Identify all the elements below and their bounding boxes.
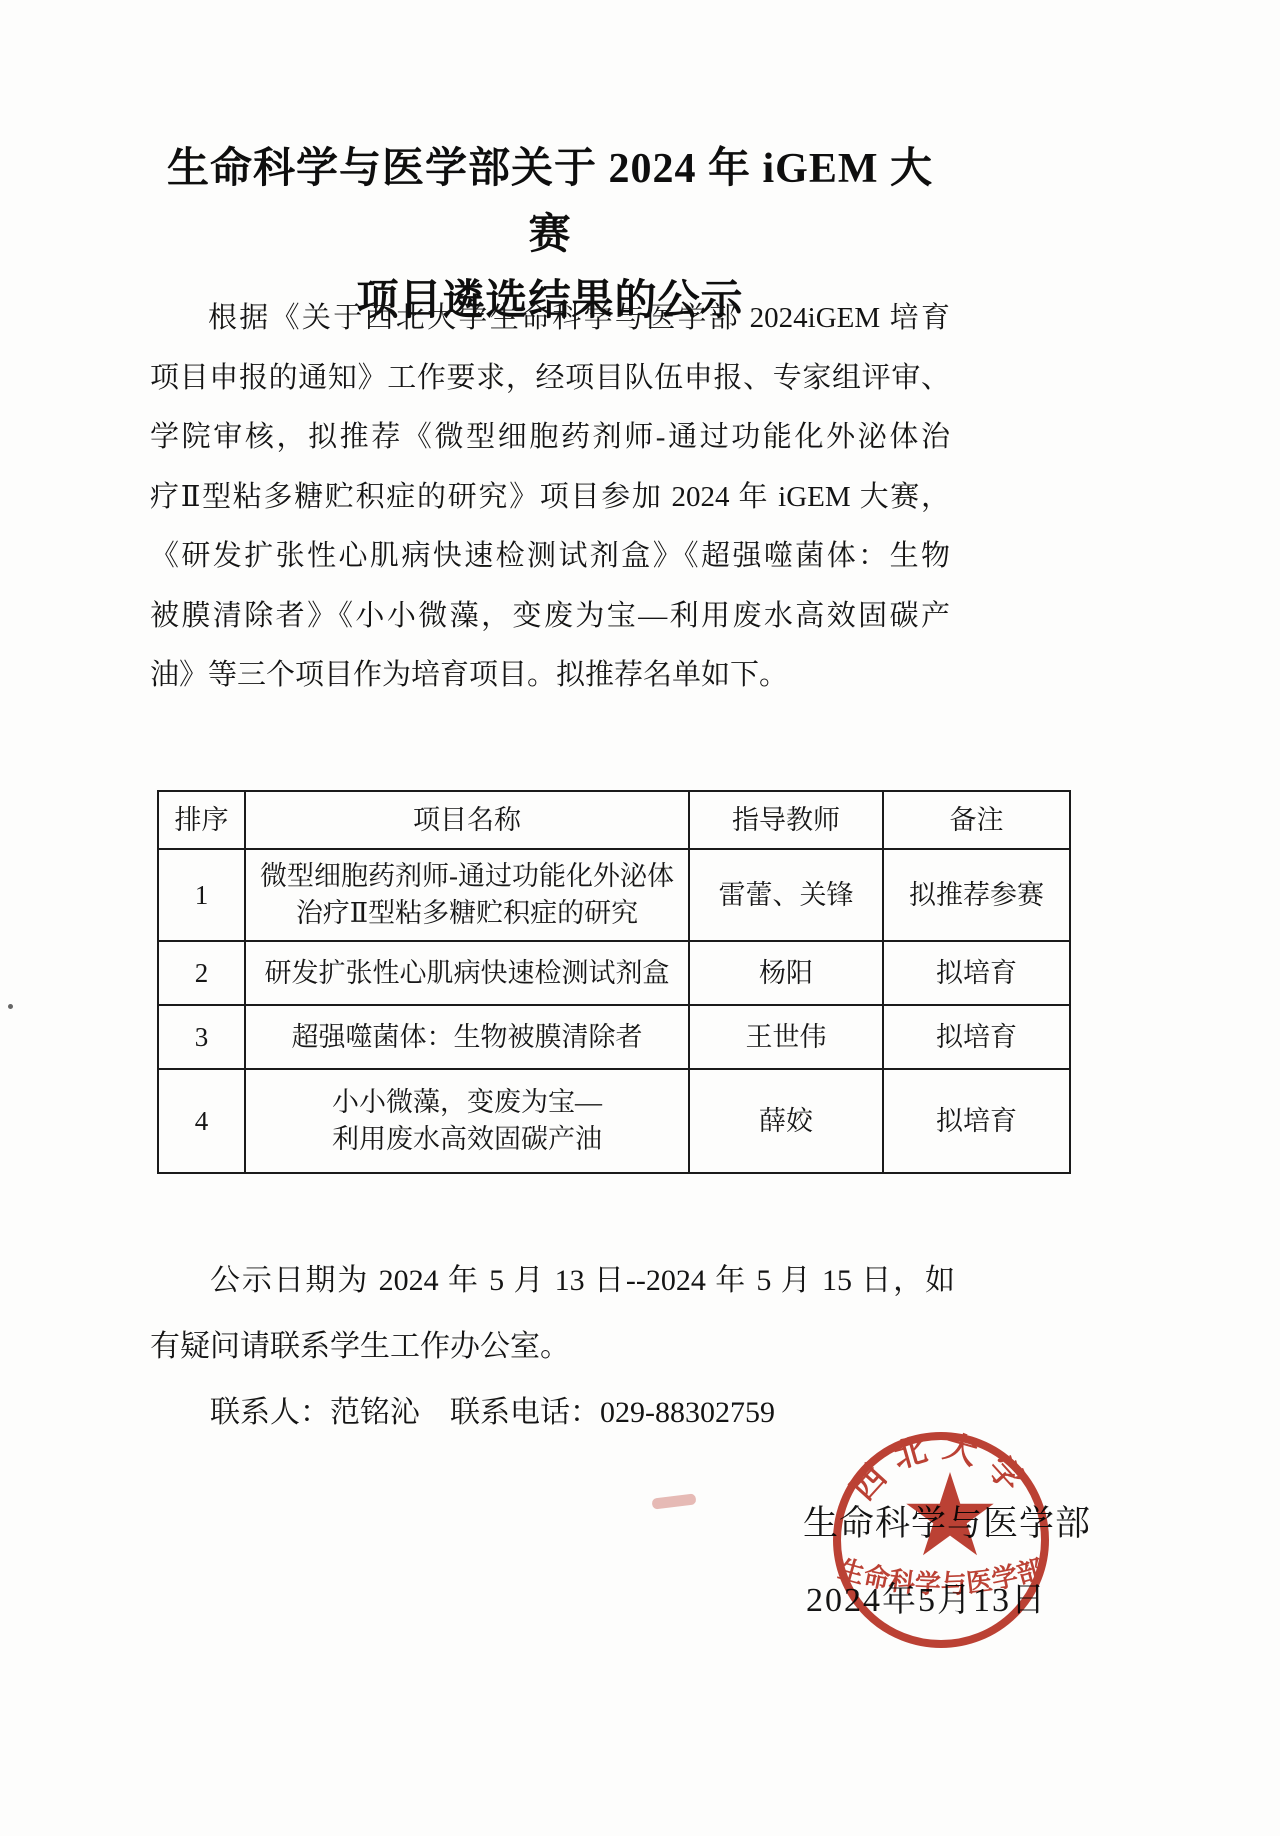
announcement-document: 生命科学与医学部关于 2024 年 iGEM 大赛 项目遴选结果的公示 根据《关… <box>0 0 1280 1836</box>
rank-cell: 4 <box>158 1069 245 1173</box>
print-artifact-dot <box>8 1004 13 1009</box>
project-name-cell: 微型细胞药剂师-通过功能化外泌体治疗Ⅱ型粘多糖贮积症的研究 <box>245 849 689 941</box>
remark-cell: 拟推荐参赛 <box>883 849 1070 941</box>
publicity-period-line: 公示日期为 2024 年 5 月 13 日--2024 年 5 月 15 日，如 <box>150 1248 955 1314</box>
intro-line: 项目申报的通知》工作要求，经项目队伍申报、专家组评审、 <box>150 349 950 409</box>
project-name-cell: 小小微藻，变废为宝—利用废水高效固碳产油 <box>245 1069 689 1173</box>
rank-cell: 2 <box>158 941 245 1005</box>
intro-line: 油》等三个项目作为培育项目。拟推荐名单如下。 <box>150 646 950 706</box>
header-project-name: 项目名称 <box>245 791 689 849</box>
table-row: 2研发扩张性心肌病快速检测试剂盒杨阳拟培育 <box>158 941 1070 1005</box>
contact-office-line: 有疑问请联系学生工作办公室。 <box>150 1314 955 1380</box>
remark-cell: 拟培育 <box>883 1069 1070 1173</box>
header-remark: 备注 <box>883 791 1070 849</box>
header-rank: 排序 <box>158 791 245 849</box>
title-line-1: 生命科学与医学部关于 2024 年 iGEM 大赛 <box>150 136 950 268</box>
table-header-row: 排序 项目名称 指导教师 备注 <box>158 791 1070 849</box>
project-selection-table: 排序 项目名称 指导教师 备注 1微型细胞药剂师-通过功能化外泌体治疗Ⅱ型粘多糖… <box>157 790 1071 1174</box>
project-name-cell: 超强噬菌体：生物被膜清除者 <box>245 1005 689 1069</box>
official-seal: 西北大学 生命科学与医学部 <box>808 1406 1080 1678</box>
intro-line: 根据《关于西北大学生命科学与医学部 2024iGEM 培育 <box>150 289 950 349</box>
header-advisor: 指导教师 <box>689 791 883 849</box>
table-row: 1微型细胞药剂师-通过功能化外泌体治疗Ⅱ型粘多糖贮积症的研究雷蕾、关锋拟推荐参赛 <box>158 849 1070 941</box>
intro-paragraph: 根据《关于西北大学生命科学与医学部 2024iGEM 培育 项目申报的通知》工作… <box>150 289 950 706</box>
star-icon <box>906 1472 993 1555</box>
remark-cell: 拟培育 <box>883 941 1070 1005</box>
seal-bottom-text: 生命科学与医学部 <box>835 1554 1047 1599</box>
project-name-cell: 研发扩张性心肌病快速检测试剂盒 <box>245 941 689 1005</box>
seal-ink-smudge <box>651 1493 696 1509</box>
table-row: 4小小微藻，变废为宝—利用废水高效固碳产油薛姣拟培育 <box>158 1069 1070 1173</box>
rank-cell: 1 <box>158 849 245 941</box>
remark-cell: 拟培育 <box>883 1005 1070 1069</box>
rank-cell: 3 <box>158 1005 245 1069</box>
table-row: 3超强噬菌体：生物被膜清除者王世伟拟培育 <box>158 1005 1070 1069</box>
table-body: 1微型细胞药剂师-通过功能化外泌体治疗Ⅱ型粘多糖贮积症的研究雷蕾、关锋拟推荐参赛… <box>158 849 1070 1173</box>
intro-line: 疗Ⅱ型粘多糖贮积症的研究》项目参加 2024 年 iGEM 大赛， <box>150 468 950 528</box>
intro-line: 被膜清除者》《小小微藻，变废为宝—利用废水高效固碳产 <box>150 587 950 647</box>
intro-line: 《研发扩张性心肌病快速检测试剂盒》《超强噬菌体：生物 <box>150 527 950 587</box>
advisor-cell: 王世伟 <box>689 1005 883 1069</box>
advisor-cell: 雷蕾、关锋 <box>689 849 883 941</box>
advisor-cell: 薛姣 <box>689 1069 883 1173</box>
advisor-cell: 杨阳 <box>689 941 883 1005</box>
intro-line: 学院审核，拟推荐《微型细胞药剂师-通过功能化外泌体治 <box>150 408 950 468</box>
